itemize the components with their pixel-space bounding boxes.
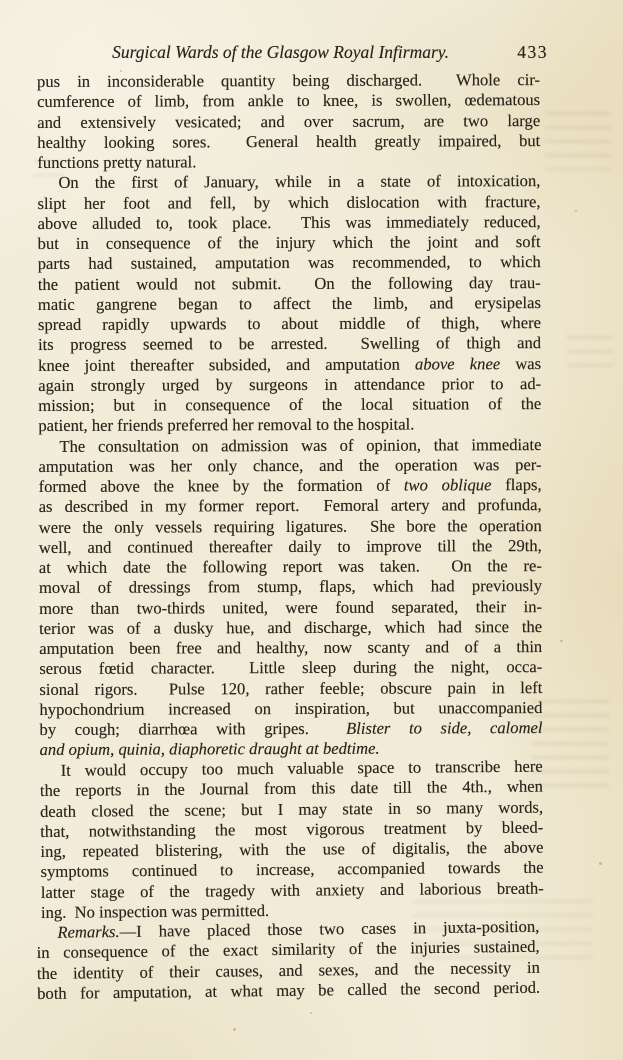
text-segment: death closed the scene; but I may state … (40, 797, 543, 820)
text-segment: ing, repeated blistering, with the use o… (40, 837, 543, 860)
show-through-artifact (545, 112, 611, 170)
text-segment: flaps, (491, 475, 541, 494)
text-line: slipt her foot and fell, by which disloc… (37, 192, 540, 214)
text-segment: patient, her friends preferred her remov… (38, 415, 414, 435)
text-segment: and extensively vesicated; and over sacr… (37, 111, 540, 132)
text-segment: knee joint thereafter subsided, and ampu… (38, 354, 415, 374)
text-segment: the patient would not submit. On the fol… (38, 273, 541, 294)
text-line: its progress seemed to be arrested. Swel… (38, 333, 541, 355)
text-line: parts had sustained, amputation was reco… (38, 252, 541, 274)
text-line: above alluded to, took place. This was i… (38, 212, 541, 234)
text-line: amputation been free and healthy, now sc… (39, 637, 542, 659)
text-line: spread rapidly upwards to about middle o… (38, 313, 541, 335)
text-segment: the reports in the Journal from this dat… (40, 776, 543, 799)
text-segment: well, and continued thereafter daily to … (39, 536, 542, 557)
text-segment: at which date the following report was t… (39, 556, 542, 577)
text-line: latter stage of the tragedy with anxiety… (41, 878, 544, 903)
text-line: hypochondrium increased on inspiration, … (39, 698, 542, 720)
paragraph: The consultation on admission was of opi… (38, 435, 542, 761)
text-segment: sional rigors. Pulse 120, rather feeble;… (39, 678, 542, 699)
page-header: Surgical Wards of the Glasgow Royal Infi… (37, 41, 540, 63)
text-segment: amputation was her only chance, and the … (38, 455, 541, 476)
text-segment: that, notwithstanding the most vigorous … (40, 817, 543, 840)
text-line: as described in my former report. Femora… (39, 495, 542, 517)
text-line: serous fœtid character. Little sleep dur… (39, 657, 542, 679)
text-segment: was (500, 354, 541, 373)
text-line: sional rigors. Pulse 120, rather feeble;… (39, 678, 542, 700)
text-segment: pus in inconsiderable quantity being dis… (37, 70, 540, 91)
text-line: matic gangrene began to affect the limb,… (38, 293, 541, 315)
text-line: amputation was her only chance, and the … (38, 455, 541, 477)
text-line: moval of dressings from stump, flaps, wh… (39, 576, 542, 598)
text-line: again strongly urged by surgeons in atte… (38, 374, 541, 396)
text-segment: cumference of limb, from ankle to knee, … (37, 90, 540, 111)
text-line: terior was of a dusky hue, and discharge… (39, 617, 542, 639)
paper-speck (233, 1028, 236, 1031)
text-segment: symptoms continued to increase, accompan… (41, 857, 544, 880)
text-segment: latter stage of the tragedy with anxiety… (41, 878, 544, 901)
text-line: functions pretty natural. (37, 151, 540, 173)
paragraph: Remarks.—I have placed those two cases i… (36, 916, 540, 1003)
text-segment: amputation been free and healthy, now sc… (39, 637, 542, 658)
paragraph: pus in inconsiderable quantity being dis… (37, 70, 540, 173)
text-line: were the only vessels requiring ligature… (39, 516, 542, 538)
text-segment: It would occupy too much valuable space … (61, 756, 543, 779)
text-segment: hypochondrium increased on inspiration, … (39, 698, 542, 719)
text-segment: parts had sustained, amputation was reco… (38, 252, 541, 273)
text-line: pus in inconsiderable quantity being dis… (37, 70, 540, 92)
italic-text-segment: two oblique (404, 475, 492, 494)
text-line: at which date the following report was t… (39, 556, 542, 578)
paragraph: It would occupy too much valuable space … (40, 756, 544, 922)
text-line: cumference of limb, from ankle to knee, … (37, 90, 540, 112)
page-body: pus in inconsiderable quantity being dis… (37, 70, 544, 1003)
text-segment: matic gangrene began to affect the limb,… (38, 293, 541, 314)
text-segment: more than two-thirds united, were found … (39, 597, 542, 618)
text-line: knee joint thereafter subsided, and ampu… (38, 354, 541, 376)
text-line: The consultation on admission was of opi… (38, 435, 541, 457)
text-line: and extensively vesicated; and over sacr… (37, 111, 540, 133)
text-segment: were the only vessels requiring ligature… (39, 516, 542, 537)
text-line: but in consequence of the injury which t… (38, 232, 541, 254)
text-line: the patient would not submit. On the fol… (38, 273, 541, 295)
text-line: by cough; diarrhœa with gripes. Blister … (39, 718, 542, 740)
text-segment: slipt her foot and fell, by which disloc… (37, 192, 540, 213)
text-segment: functions pretty natural. (37, 152, 196, 172)
italic-text-segment: Blister to side, calomel (346, 718, 542, 738)
text-segment: healthy looking sores. General health gr… (37, 131, 540, 152)
text-segment: ing. No inspection was permitted. (41, 900, 269, 921)
paper-speck (575, 210, 577, 212)
running-head: Surgical Wards of the Glasgow Royal Infi… (112, 42, 449, 62)
text-segment: terior was of a dusky hue, and discharge… (39, 617, 542, 638)
paper-speck (310, 1012, 312, 1014)
text-segment: The consultation on admission was of opi… (59, 435, 541, 456)
text-segment: serous fœtid character. Little sleep dur… (39, 657, 542, 678)
text-segment: moval of dressings from stump, flaps, wh… (39, 576, 542, 597)
text-segment: On the first of January, while in a stat… (58, 171, 540, 192)
show-through-artifact (567, 336, 613, 376)
text-line: mission; but in consequence of the local… (38, 394, 541, 416)
italic-text-segment: Remarks. (57, 921, 119, 941)
text-segment: again strongly urged by surgeons in atte… (38, 374, 541, 395)
text-segment: formed above the knee by the formation o… (39, 476, 404, 496)
text-line: On the first of January, while in a stat… (37, 171, 540, 193)
paper-speck (560, 640, 563, 642)
text-segment: as described in my former report. Femora… (39, 495, 542, 516)
paper-speck (599, 862, 602, 865)
text-segment: its progress seemed to be arrested. Swel… (38, 333, 541, 354)
text-line: formed above the knee by the formation o… (39, 475, 542, 497)
text-line: healthy looking sores. General health gr… (37, 131, 540, 153)
text-line: patient, her friends preferred her remov… (38, 414, 541, 436)
text-line: well, and continued thereafter daily to … (39, 536, 542, 558)
text-segment: mission; but in consequence of the local… (38, 394, 541, 415)
text-segment: above alluded to, took place. This was i… (38, 212, 541, 233)
text-segment: spread rapidly upwards to about middle o… (38, 313, 541, 334)
book-page: Surgical Wards of the Glasgow Royal Infi… (0, 0, 623, 1060)
italic-text-segment: and opium, quinia, diaphoretic draught a… (40, 739, 380, 759)
page-number: 433 (517, 41, 548, 63)
italic-text-segment: above knee (415, 354, 500, 373)
text-segment: but in consequence of the injury which t… (38, 232, 541, 253)
paragraph: On the first of January, while in a stat… (37, 171, 541, 436)
text-segment: by cough; diarrhœa with gripes. (39, 719, 346, 739)
text-line: more than two-thirds united, were found … (39, 597, 542, 619)
